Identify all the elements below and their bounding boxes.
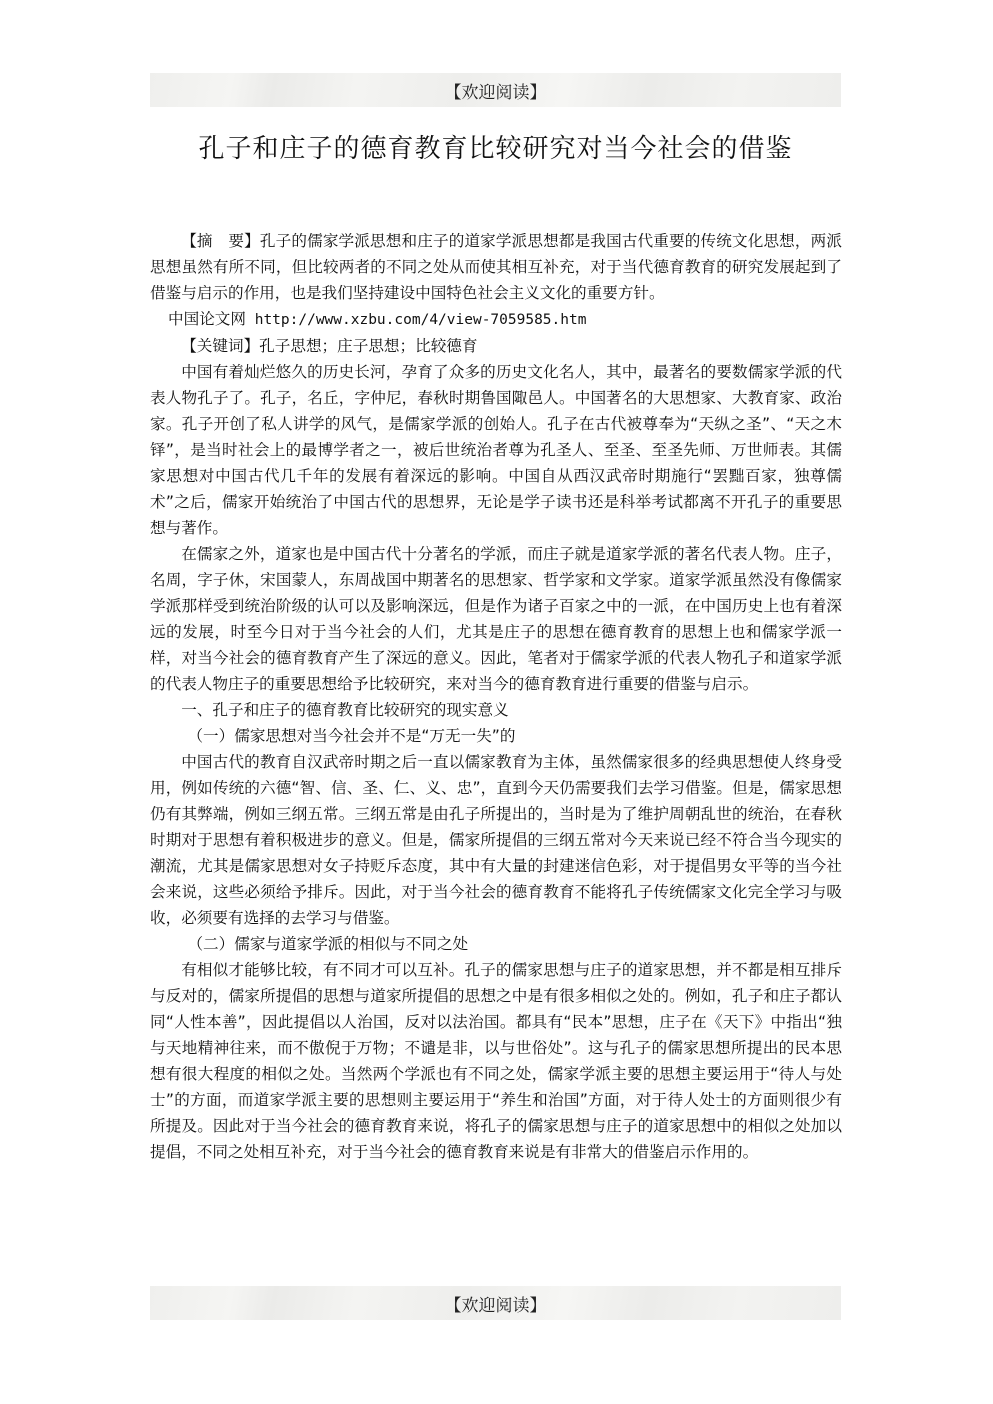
document-title: 孔子和庄子的德育教育比较研究对当今社会的借鉴 <box>150 128 841 165</box>
document-body: 【摘 要】孔子的儒家学派思想和庄子的道家学派思想都是我国古代重要的传统文化思想，… <box>150 228 842 1165</box>
subsection-1-heading: （一）儒家思想对当今社会并不是“万无一失”的 <box>150 723 842 749</box>
paragraph-1: 中国有着灿烂悠久的历史长河，孕育了众多的历史文化名人，其中，最著名的要数儒家学派… <box>150 359 842 541</box>
subsection-1-body: 中国古代的教育自汉武帝时期之后一直以儒家教育为主体，虽然儒家很多的经典思想使人终… <box>150 749 842 931</box>
footer-banner-label: 【欢迎阅读】 <box>445 1291 547 1316</box>
source-line: 中国论文网 http://www.xzbu.com/4/view-7059585… <box>150 306 842 333</box>
paragraph-2: 在儒家之外，道家也是中国古代十分著名的学派，而庄子就是道家学派的著名代表人物。庄… <box>150 541 842 697</box>
subsection-2-heading: （二）儒家与道家学派的相似与不同之处 <box>150 931 842 957</box>
section-heading: 一、孔子和庄子的德育教育比较研究的现实意义 <box>150 697 842 723</box>
source-url: http://www.xzbu.com/4/view-7059585.htm <box>255 312 587 328</box>
subsection-2-body: 有相似才能够比较，有不同才可以互补。孔子的儒家思想与庄子的道家思想，并不都是相互… <box>150 957 842 1165</box>
abstract: 【摘 要】孔子的儒家学派思想和庄子的道家学派思想都是我国古代重要的传统文化思想，… <box>150 228 842 306</box>
keywords: 【关键词】孔子思想；庄子思想；比较德育 <box>150 333 842 359</box>
footer-banner: 【欢迎阅读】 <box>150 1286 841 1320</box>
header-banner: 【欢迎阅读】 <box>150 73 841 107</box>
header-banner-label: 【欢迎阅读】 <box>445 78 547 103</box>
source-label: 中国论文网 <box>168 310 246 328</box>
